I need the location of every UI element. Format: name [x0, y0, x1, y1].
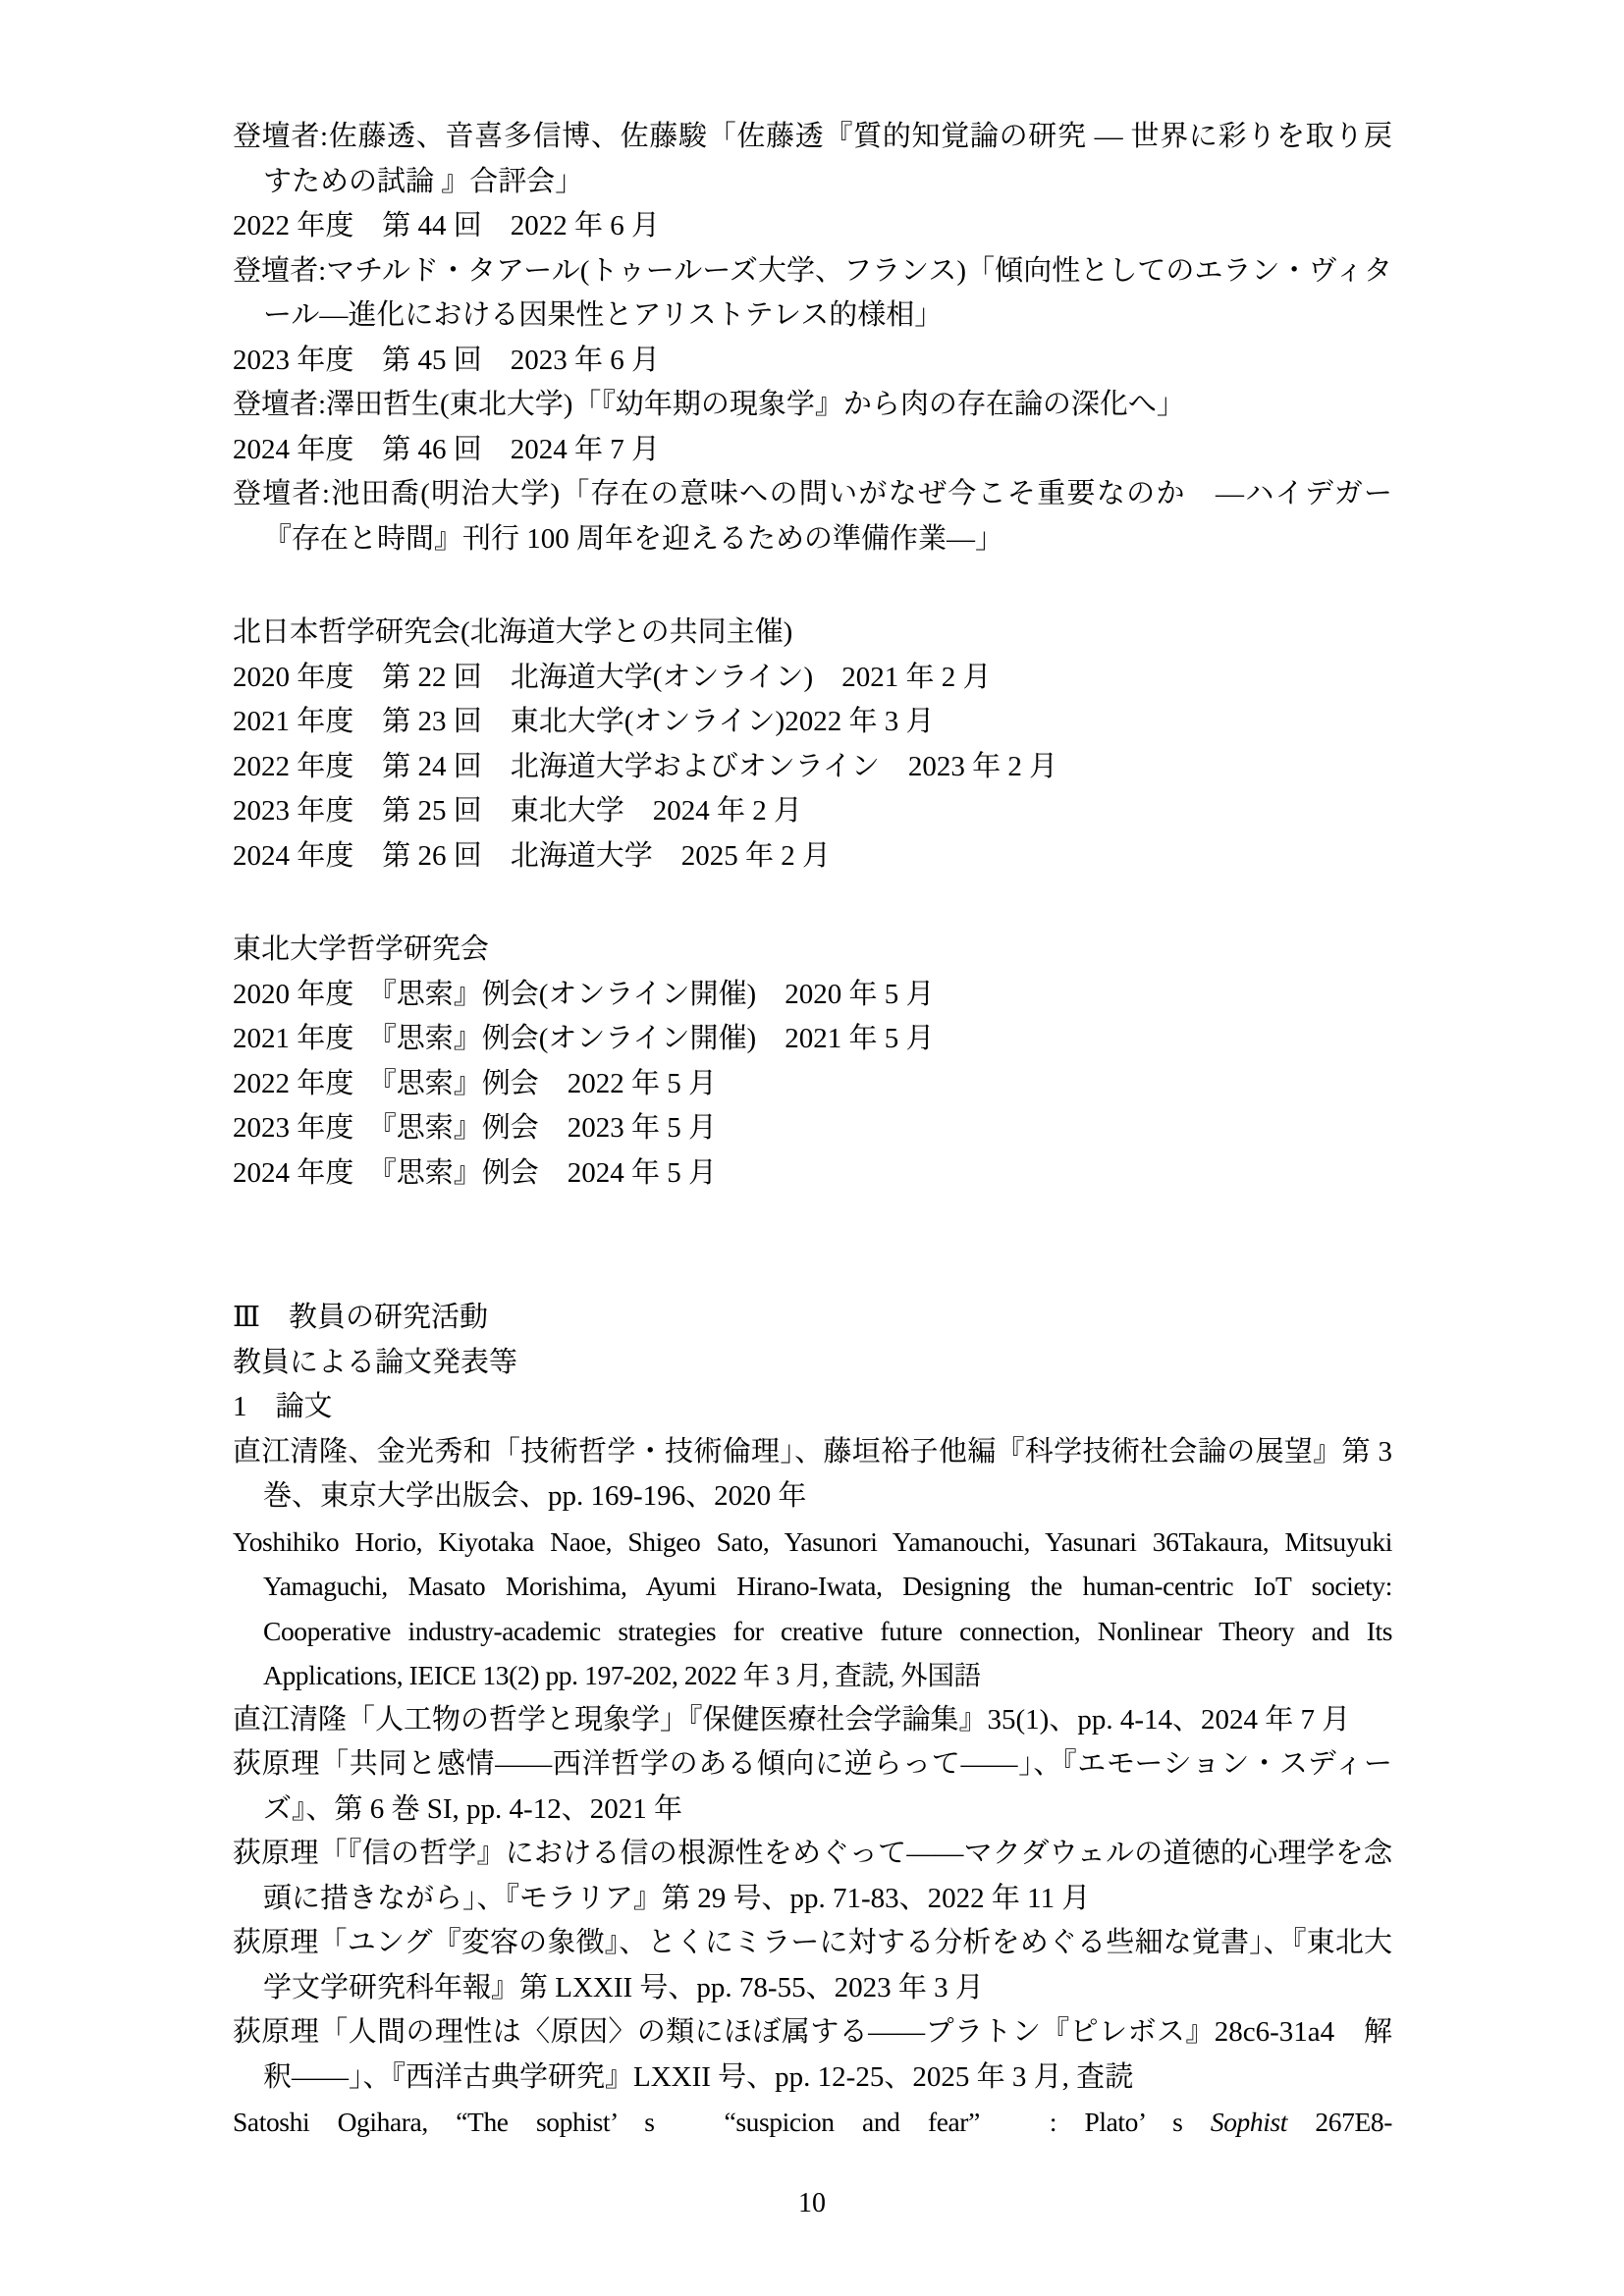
society-heading-tohoku: 東北大学哲学研究会	[233, 928, 1392, 973]
document-page: { "presentations": { "entries": [ "登壇者:佐…	[0, 0, 1624, 2296]
presenter-entry: 登壇者:池田喬(明治大学)「存在の意味への問いがなぜ今こそ重要なのか ―ハイデガ…	[233, 472, 1392, 561]
presenter-entry: 登壇者:佐藤透、音喜多信博、佐藤駿「佐藤透『質的知覚論の研究 ― 世界に彩りを取…	[233, 115, 1392, 204]
shisaku-meeting-entry: 2021 年度 『思索』例会(オンライン開催) 2021 年 5 月	[233, 1017, 1392, 1062]
kitanihon-meeting-entry: 2023 年度 第 25 回 東北大学 2024 年 2 月	[233, 789, 1392, 834]
page-footer: 10	[0, 2181, 1624, 2226]
paper-entry: 荻原理「人間の理性は〈原因〉の類にほぼ属する――プラトン『ピレボス』28c6-3…	[233, 2010, 1392, 2100]
paper-entry: Yoshihiko Horio, Kiyotaka Naoe, Shigeo S…	[233, 1520, 1392, 1698]
kitanihon-meeting-entry: 2024 年度 第 26 回 北海道大学 2025 年 2 月	[233, 834, 1392, 880]
section-tohoku-philosophy-society: 東北大学哲学研究会 2020 年度 『思索』例会(オンライン開催) 2020 年…	[233, 928, 1392, 1196]
section-faculty-research: Ⅲ 教員の研究活動 教員による論文発表等 1 論文 直江清隆、金光秀和「技術哲学…	[233, 1296, 1392, 2145]
kitanihon-meeting-entry: 2022 年度 第 24 回 北海道大学およびオンライン 2023 年 2 月	[233, 745, 1392, 790]
page-number: 10	[798, 2188, 826, 2218]
subsection-heading-papers: 教員による論文発表等	[233, 1341, 1392, 1386]
section-heading-iii: Ⅲ 教員の研究活動	[233, 1296, 1392, 1341]
list-heading-ronbun: 1 論文	[233, 1385, 1392, 1430]
section-presenters: 登壇者:佐藤透、音喜多信博、佐藤駿「佐藤透『質的知覚論の研究 ― 世界に彩りを取…	[233, 115, 1392, 561]
society-heading-kitanihon: 北日本哲学研究会(北海道大学との共同主催)	[233, 611, 1392, 656]
kitanihon-meeting-entry: 2020 年度 第 22 回 北海道大学(オンライン) 2021 年 2 月	[233, 656, 1392, 701]
paper-entry: 荻原理「ユング『変容の象徴』、とくにミラーに対する分析をめぐる些細な覚書」、『東…	[233, 1921, 1392, 2010]
kitanihon-meeting-entry: 2021 年度 第 23 回 東北大学(オンライン)2022 年 3 月	[233, 700, 1392, 745]
paper-entry: 荻原理「共同と感情――西洋哲学のある傾向に逆らって――」、『エモーション・スディ…	[233, 1742, 1392, 1832]
session-entry: 2024 年度 第 46 回 2024 年 7 月	[233, 428, 1392, 473]
paper-title-italic: Sophist	[1211, 2107, 1287, 2137]
paper-entry-ogihara-english: Satoshi Ogihara, “The sophist’ s “suspic…	[233, 2100, 1392, 2145]
paper-text: Satoshi Ogihara, “The sophist’ s “suspic…	[233, 2107, 1211, 2137]
shisaku-meeting-entry: 2020 年度 『思索』例会(オンライン開催) 2020 年 5 月	[233, 973, 1392, 1018]
shisaku-meeting-entry: 2024 年度 『思索』例会 2024 年 5 月	[233, 1151, 1392, 1197]
shisaku-meeting-entry: 2023 年度 『思索』例会 2023 年 5 月	[233, 1106, 1392, 1151]
paper-entry: 荻原理「『信の哲学』における信の根源性をめぐって――マクダウェルの道徳的心理学を…	[233, 1832, 1392, 1921]
paper-text: 267E8-	[1287, 2107, 1392, 2137]
presenter-entry: 登壇者:マチルド・タアール(トゥールーズ大学、フランス)「傾向性としてのエラン・…	[233, 249, 1392, 339]
presenter-entry: 登壇者:澤田哲生(東北大学)「『幼年期の現象学』から肉の存在論の深化へ」	[233, 383, 1392, 428]
session-entry: 2023 年度 第 45 回 2023 年 6 月	[233, 339, 1392, 384]
section-kitanihon-society: 北日本哲学研究会(北海道大学との共同主催) 2020 年度 第 22 回 北海道…	[233, 611, 1392, 879]
paper-entry: 直江清隆「人工物の哲学と現象学」『保健医療社会学論集』35(1)、pp. 4-1…	[233, 1698, 1392, 1743]
page-content: 登壇者:佐藤透、音喜多信博、佐藤駿「佐藤透『質的知覚論の研究 ― 世界に彩りを取…	[233, 115, 1392, 2145]
paper-entry: 直江清隆、金光秀和「技術哲学・技術倫理」、藤垣裕子他編『科学技術社会論の展望』第…	[233, 1430, 1392, 1520]
session-entry: 2022 年度 第 44 回 2022 年 6 月	[233, 204, 1392, 249]
shisaku-meeting-entry: 2022 年度 『思索』例会 2022 年 5 月	[233, 1062, 1392, 1107]
